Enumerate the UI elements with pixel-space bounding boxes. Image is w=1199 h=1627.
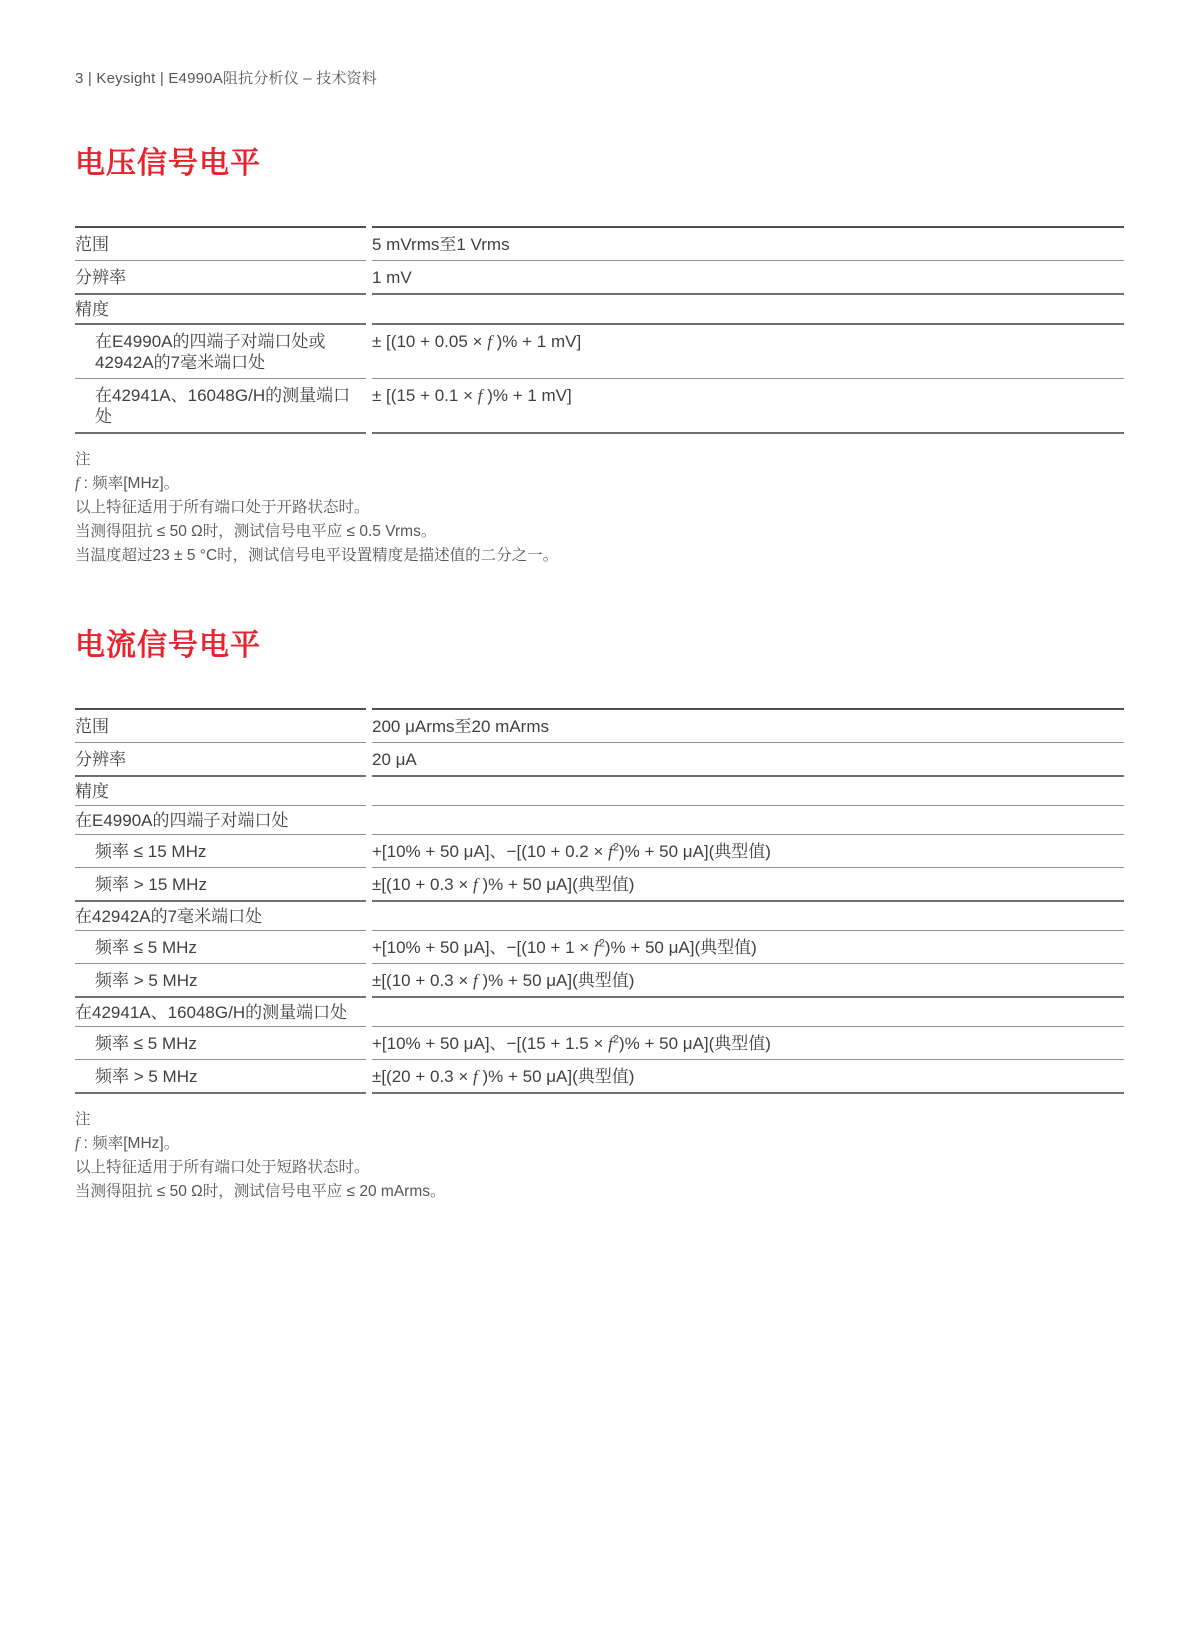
section-title-voltage-signal-level: 电压信号电平	[75, 138, 1124, 182]
row-label: 在42941A、16048G/H的测量端口处	[75, 998, 366, 1027]
table-section-row: 在42941A、16048G/H的测量端口处	[75, 998, 1124, 1027]
notes-lines: f : 频率[MHz]。以上特征适用于所有端口处于短路状态时。当测得阻抗 ≤ 5…	[75, 1132, 1124, 1204]
current-notes: 注 f : 频率[MHz]。以上特征适用于所有端口处于短路状态时。当测得阻抗 ≤…	[75, 1108, 1124, 1204]
note-line: f : 频率[MHz]。	[75, 1132, 1124, 1156]
row-label: 在E4990A的四端子对端口处	[75, 806, 366, 835]
row-label: 在42942A的7毫米端口处	[75, 902, 366, 931]
note-line: 以上特征适用于所有端口处于开路状态时。	[75, 496, 1124, 520]
row-value	[372, 998, 1124, 1027]
table-section-row: 在E4990A的四端子对端口处	[75, 806, 1124, 835]
table-section-row: 精度	[75, 777, 1124, 806]
table-row: 频率 > 5 MHz±[(10 + 0.3 × f )% + 50 μA](典型…	[75, 964, 1124, 998]
table-row: 频率 > 5 MHz±[(20 + 0.3 × f )% + 50 μA](典型…	[75, 1060, 1124, 1094]
row-value	[372, 806, 1124, 835]
table-row: 频率 ≤ 15 MHz+[10% + 50 μA]、−[(10 + 0.2 × …	[75, 835, 1124, 868]
row-label: 精度	[75, 777, 366, 806]
note-line: f : 频率[MHz]。	[75, 472, 1124, 496]
note-line: 以上特征适用于所有端口处于短路状态时。	[75, 1156, 1124, 1180]
section-title-current-signal-level: 电流信号电平	[75, 620, 1124, 664]
table-row: 分辨率1 mV	[75, 261, 1124, 295]
table-row: 在E4990A的四端子对端口处或42942A的7毫米端口处± [(10 + 0.…	[75, 325, 1124, 379]
row-value: 200 μArms至20 mArms	[372, 708, 1124, 743]
row-label: 频率 > 5 MHz	[75, 1060, 366, 1094]
table-row: 在42941A、16048G/H的测量端口处± [(15 + 0.1 × f )…	[75, 379, 1124, 434]
row-value: ± [(10 + 0.05 × f )% + 1 mV]	[372, 325, 1124, 379]
row-value	[372, 777, 1124, 806]
row-label: 频率 ≤ 5 MHz	[75, 931, 366, 964]
row-value: ±[(10 + 0.3 × f )% + 50 μA](典型值)	[372, 868, 1124, 902]
row-label: 在E4990A的四端子对端口处或42942A的7毫米端口处	[75, 325, 366, 379]
row-value: 5 mVrms至1 Vrms	[372, 226, 1124, 261]
row-value: +[10% + 50 μA]、−[(15 + 1.5 × f2)% + 50 μ…	[372, 1027, 1124, 1060]
datasheet-page: 3 | Keysight | E4990A阻抗分析仪 – 技术资料 电压信号电平…	[0, 0, 1199, 1627]
row-label: 频率 > 15 MHz	[75, 868, 366, 902]
row-value: ±[(20 + 0.3 × f )% + 50 μA](典型值)	[372, 1060, 1124, 1094]
voltage-notes: 注 f : 频率[MHz]。以上特征适用于所有端口处于开路状态时。当测得阻抗 ≤…	[75, 448, 1124, 568]
row-value: 20 μA	[372, 743, 1124, 777]
table-section-row: 在42942A的7毫米端口处	[75, 902, 1124, 931]
table-row: 范围5 mVrms至1 Vrms	[75, 226, 1124, 261]
row-value: ±[(10 + 0.3 × f )% + 50 μA](典型值)	[372, 964, 1124, 998]
row-label: 范围	[75, 708, 366, 743]
table-row: 频率 ≤ 5 MHz+[10% + 50 μA]、−[(10 + 1 × f2)…	[75, 931, 1124, 964]
row-value: ± [(15 + 0.1 × f )% + 1 mV]	[372, 379, 1124, 434]
row-value	[372, 902, 1124, 931]
table-section-row: 精度	[75, 295, 1124, 325]
row-label: 分辨率	[75, 261, 366, 295]
row-label: 频率 ≤ 5 MHz	[75, 1027, 366, 1060]
notes-label: 注	[75, 448, 1124, 472]
row-value: 1 mV	[372, 261, 1124, 295]
current-spec-table: 范围200 μArms至20 mArms分辨率20 μA精度在E4990A的四端…	[75, 708, 1124, 1094]
row-label: 范围	[75, 226, 366, 261]
table-row: 频率 > 15 MHz±[(10 + 0.3 × f )% + 50 μA](典…	[75, 868, 1124, 902]
notes-lines: f : 频率[MHz]。以上特征适用于所有端口处于开路状态时。当测得阻抗 ≤ 5…	[75, 472, 1124, 568]
table-row: 范围200 μArms至20 mArms	[75, 708, 1124, 743]
note-line: 当测得阻抗 ≤ 50 Ω时，测试信号电平应 ≤ 20 mArms。	[75, 1180, 1124, 1204]
page-content: 3 | Keysight | E4990A阻抗分析仪 – 技术资料 电压信号电平…	[0, 0, 1199, 1204]
table-row: 频率 ≤ 5 MHz+[10% + 50 μA]、−[(15 + 1.5 × f…	[75, 1027, 1124, 1060]
note-line: 当测得阻抗 ≤ 50 Ω时，测试信号电平应 ≤ 0.5 Vrms。	[75, 520, 1124, 544]
row-label: 精度	[75, 295, 366, 325]
row-label: 频率 > 5 MHz	[75, 964, 366, 998]
row-label: 频率 ≤ 15 MHz	[75, 835, 366, 868]
row-value: +[10% + 50 μA]、−[(10 + 1 × f2)% + 50 μA]…	[372, 931, 1124, 964]
note-line: 当温度超过23 ± 5 °C时，测试信号电平设置精度是描述值的二分之一。	[75, 544, 1124, 568]
row-label: 在42941A、16048G/H的测量端口处	[75, 379, 366, 434]
notes-label: 注	[75, 1108, 1124, 1132]
voltage-spec-table: 范围5 mVrms至1 Vrms分辨率1 mV精度在E4990A的四端子对端口处…	[75, 226, 1124, 434]
table-row: 分辨率20 μA	[75, 743, 1124, 777]
row-value	[372, 295, 1124, 325]
page-header: 3 | Keysight | E4990A阻抗分析仪 – 技术资料	[75, 0, 1124, 88]
row-value: +[10% + 50 μA]、−[(10 + 0.2 × f2)% + 50 μ…	[372, 835, 1124, 868]
row-label: 分辨率	[75, 743, 366, 777]
